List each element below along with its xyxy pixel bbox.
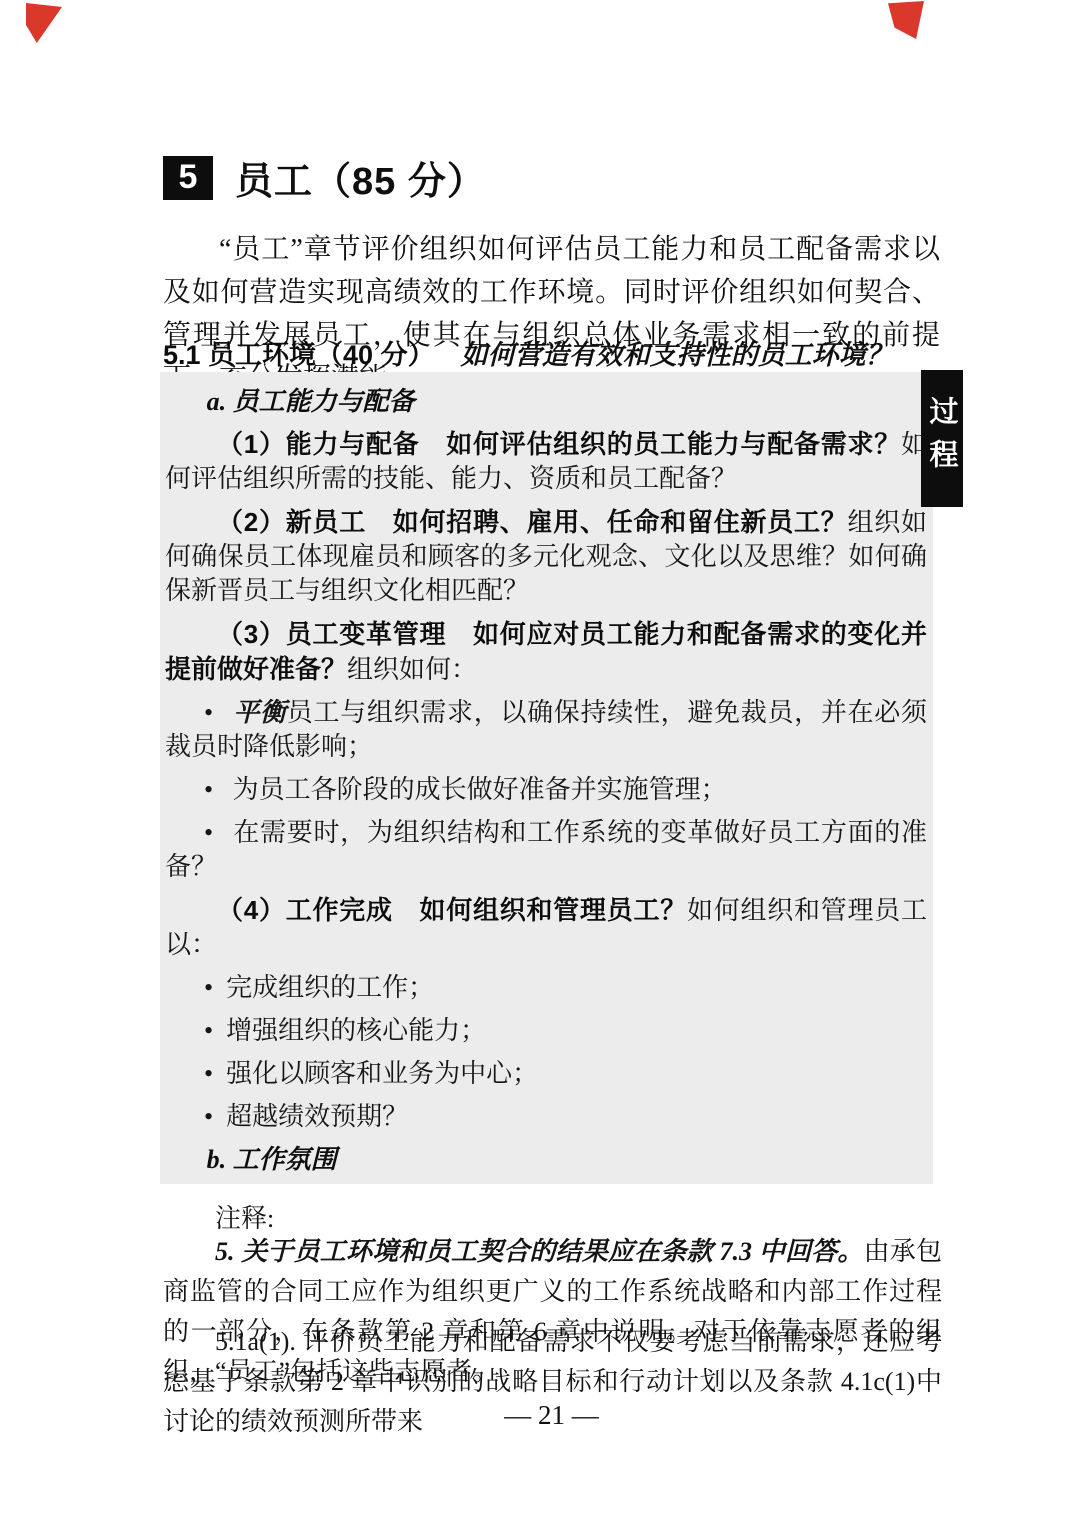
bullet-item: 完成组织的工作； [165,971,927,1005]
bullet-item: 超越绩效预期？ [165,1100,927,1134]
item-number-title: 5.1 员工环境（40 分） [163,340,435,370]
bullet-item: 平衡员工与组织需求，以确保持续性，避免裁员，并在必须裁员时降低影响； [165,696,927,764]
requirement-a2: （2）新员工 如何招聘、雇用、任命和留住新员工？组织如何确保员工体现雇员和顾客的… [165,505,927,608]
requirements-box: a. 员工能力与配备 （1）能力与配备 如何评估组织的员工能力与配备需求？如何评… [160,372,933,1184]
bullet-item: 为员工各阶段的成长做好准备并实施管理； [165,773,927,807]
process-side-tab: 过程 [921,370,963,507]
bullet-item: 强化以顾客和业务为中心； [165,1057,927,1091]
section-a-title: a. 员工能力与配备 [165,385,927,419]
section-b-title: b. 工作氛围 [165,1143,927,1177]
requirement-a3: （3）员工变革管理 如何应对员工能力和配备需求的变化并提前做好准备？组织如何： [165,617,927,687]
chapter-title: 员工（85 分） [235,150,486,205]
document-page: 5 员工（85 分） “员工”章节评价组织如何评估员工能力和员工配备需求以及如何… [0,0,1080,1528]
red-corner-mark-icon [26,3,62,43]
bullet-item: 增强组织的核心能力； [165,1014,927,1048]
chapter-number-badge: 5 [163,156,213,200]
item-question: 如何营造有效和支持性的员工环境？ [461,340,893,370]
page-number: — 21 — [163,1400,940,1431]
requirement-a4: （4）工作完成 如何组织和管理员工？如何组织和管理员工以： [165,893,927,962]
requirement-a1: （1）能力与配备 如何评估组织的员工能力与配备需求？如何评估组织所需的技能、能力… [165,427,927,496]
chapter-heading: 5 员工（85 分） [163,150,486,205]
notes-label: 注释: [163,1198,463,1235]
red-corner-mark-icon [888,1,924,39]
item-5-1-heading: 5.1 员工环境（40 分）如何营造有效和支持性的员工环境？ [163,333,963,372]
bullet-item: 在需要时，为组织结构和工作系统的变革做好员工方面的准备？ [165,816,927,884]
